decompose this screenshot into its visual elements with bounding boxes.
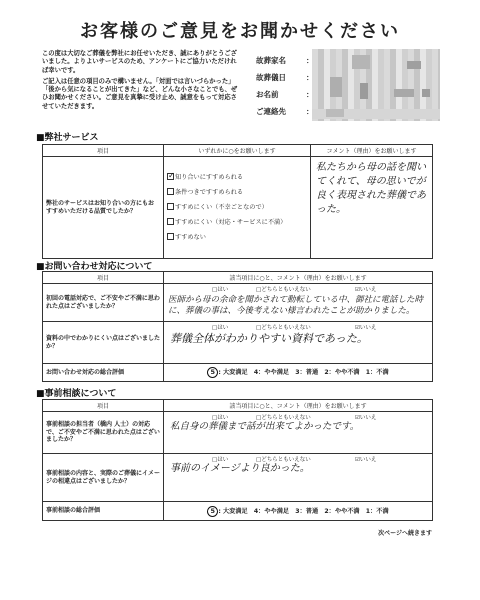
col-header-choice: いずれかに○をお願いします xyxy=(164,145,311,157)
field-contact[interactable]: ご連絡先： xyxy=(256,103,316,120)
option-not-recommend[interactable]: すすめない xyxy=(164,230,310,245)
customer-fields: 故葬家名： 故葬儀日： お名前： ご連絡先： xyxy=(256,52,316,120)
intro-paragraph-2: ご記入は任意の項目のみで構いません。「対面では言いづらかった」「後から気になるこ… xyxy=(42,78,242,111)
choice-neutral[interactable]: □どちらともいえない xyxy=(256,455,311,463)
option-hard-misfortune[interactable]: すすめにくい（不幸ごとなので） xyxy=(164,200,310,215)
checkbox-icon[interactable] xyxy=(167,203,174,210)
question-recommend: 弊社のサービスはお知り合いの方にもおすすめいただける品質でしたか？ xyxy=(43,157,164,259)
checkbox-icon[interactable] xyxy=(167,233,174,240)
col-header-comment: コメント（理由）をお願いします xyxy=(311,145,433,157)
field-family-name[interactable]: 故葬家名： xyxy=(256,52,316,69)
col-header-item: 項目 xyxy=(43,400,164,412)
choice-neutral[interactable]: □どちらともいえない xyxy=(256,323,311,331)
col-header-comment: 該当項目に○と、コメント（理由）をお願いします xyxy=(164,400,433,412)
recommend-options: 知り合いにすすめられる 条件つきですすめられる すすめにくい（不幸ごとなので） … xyxy=(164,157,311,259)
continued-note: 次ページへ続きます xyxy=(378,528,432,537)
section-heading-preconsult: ■事前相談について xyxy=(36,386,116,399)
choice-no[interactable]: ☑いいえ xyxy=(355,323,376,331)
field-funeral-date[interactable]: 故葬儀日： xyxy=(256,69,316,86)
comment-cell[interactable]: 私たちから母の話を聞いてくれて、母の思いでが良く表現された葬儀であった。 xyxy=(311,157,433,259)
choice-neutral[interactable]: □どちらともいえない xyxy=(256,413,311,421)
rating-inquiry[interactable]: 5: 大変満足 4：やや満足 3：普通 2：やや不満 1：不満 xyxy=(164,364,433,382)
preconsult-table: 項目 該当項目に○と、コメント（理由）をお願いします 事前相談の担当者（橋内 人… xyxy=(42,399,433,521)
summary-label-preconsult: 事前相談の総合評価 xyxy=(43,502,164,521)
question-image-gap: 事前相談の内容と、実際のご葬儀にイメージの相違点はございましたか？ xyxy=(43,454,164,502)
option-recommend-friends[interactable]: 知り合いにすすめられる xyxy=(164,170,310,185)
inquiry-table: 項目 該当項目に○と、コメント（理由）をお願いします 初回の電話対応で、ご不安や… xyxy=(42,271,433,382)
option-conditional[interactable]: 条件つきですすめられる xyxy=(164,185,310,200)
rating-scale: : 大変満足 4：やや満足 3：普通 2：やや不満 1：不満 xyxy=(218,369,388,376)
choice-yes[interactable]: □はい xyxy=(212,323,228,331)
col-header-item: 項目 xyxy=(43,145,164,157)
section-heading-service: ■弊社サービス xyxy=(36,130,99,143)
summary-label-inquiry: お問い合わせ対応の総合評価 xyxy=(43,364,164,382)
page-title: お客様のご意見をお聞かせください xyxy=(0,17,480,43)
question-staff: 事前相談の担当者（橋内 人士）の対応で、ご不安やご不満に思われた点はございました… xyxy=(43,412,164,454)
option-hard-service[interactable]: すすめにくい（対応・サービスに不満） xyxy=(164,215,310,230)
choice-yes[interactable]: □はい xyxy=(212,413,228,421)
redacted-personal-info xyxy=(312,49,440,121)
choice-yes[interactable]: □はい xyxy=(212,455,228,463)
choice-no[interactable]: ☑いいえ xyxy=(355,455,376,463)
col-header-item: 項目 xyxy=(43,272,164,284)
handwritten-comment: 私たちから母の話を聞いてくれて、母の思いでが良く表現された葬儀であった。 xyxy=(316,161,427,217)
answer-staff[interactable]: □はい □どちらともいえない ☑いいえ 私自身の葬儀まで話が出来てよかったです。 xyxy=(164,412,433,454)
checkbox-icon[interactable] xyxy=(167,188,174,195)
choice-neutral[interactable]: □どちらともいえない xyxy=(256,285,311,293)
rating-selected-circle[interactable]: 5 xyxy=(207,367,218,378)
intro-paragraph-1: この度は大切なご葬儀を弊社にお任せいただき、誠にありがとうございました。よりよい… xyxy=(42,50,242,75)
rating-scale: : 大変満足 4：やや満足 3：普通 2：やや不満 1：不満 xyxy=(218,508,388,515)
rating-selected-circle[interactable]: 5 xyxy=(207,506,218,517)
rating-preconsult[interactable]: 5: 大変満足 4：やや満足 3：普通 2：やや不満 1：不満 xyxy=(164,502,433,521)
service-table: 項目 いずれかに○をお願いします コメント（理由）をお願いします 弊社のサービス… xyxy=(42,144,433,259)
answer-materials[interactable]: □はい □どちらともいえない ☑いいえ 葬儀全体がわかりやすい資料であった。 xyxy=(164,322,433,364)
answer-first-call[interactable]: □はい □どちらともいえない ☑いいえ 医師から母の余命を聞かされて動転している… xyxy=(164,284,433,322)
question-first-call: 初回の電話対応で、ご不安やご不満に思われた点はございましたか？ xyxy=(43,284,164,322)
choice-yes[interactable]: □はい xyxy=(212,285,228,293)
answer-image-gap[interactable]: □はい □どちらともいえない ☑いいえ 事前のイメージより良かった。 xyxy=(164,454,433,502)
intro-text: この度は大切なご葬儀を弊社にお任せいただき、誠にありがとうございました。よりよい… xyxy=(42,50,242,114)
checkbox-icon[interactable] xyxy=(167,218,174,225)
field-name[interactable]: お名前： xyxy=(256,86,316,103)
question-materials: 資料の中でわかりにくい点はございましたか？ xyxy=(43,322,164,364)
choice-no[interactable]: ☑いいえ xyxy=(355,285,376,293)
choice-no[interactable]: ☑いいえ xyxy=(355,413,376,421)
col-header-comment: 該当項目に○と、コメント（理由）をお願いします xyxy=(164,272,433,284)
checkbox-checked-icon[interactable] xyxy=(167,173,174,180)
